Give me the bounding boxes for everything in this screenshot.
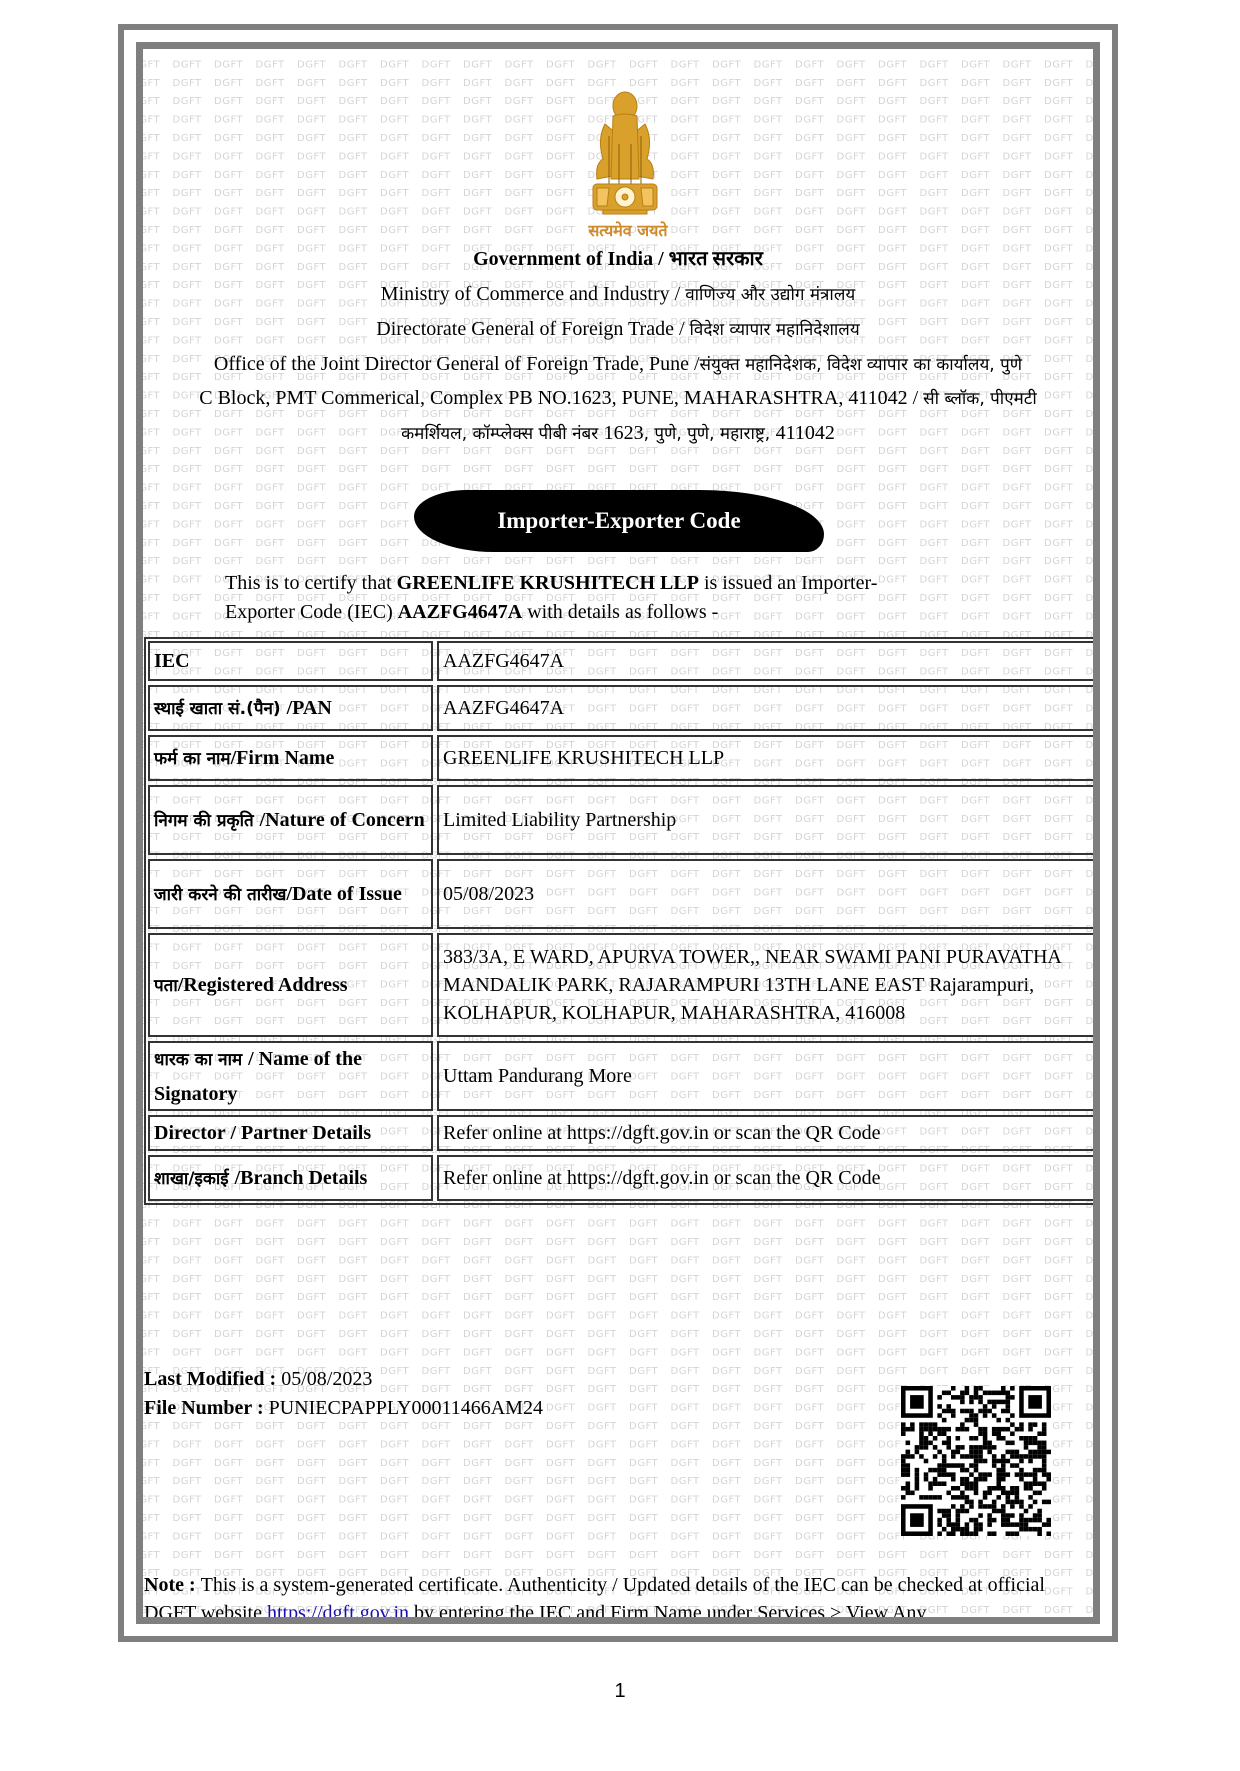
table-row: पता/Registered Address383/3A, E WARD, AP…: [148, 933, 1097, 1037]
header-office: Office of the Joint Director General of …: [143, 352, 1093, 376]
svg-text:DGFT: DGFT: [256, 1623, 286, 1624]
file-number: File Number : PUNIECPAPPLY00011466AM24: [144, 1394, 543, 1423]
svg-text:DGFT: DGFT: [795, 1623, 825, 1624]
document-title: Importer-Exporter Code: [414, 490, 824, 552]
dgft-website-link[interactable]: https://dgft.gov.in: [267, 1602, 409, 1624]
svg-text:DGFT: DGFT: [1003, 1623, 1033, 1624]
certificate-outer-frame: DGFTDGFTDGFTDGFTDGFTDGFTDGFTDGFTDGFTDGFT…: [118, 24, 1118, 1642]
header-address-hindi: कमर्शियल, कॉम्प्लेक्स पीबी नंबर 1623, पु…: [143, 421, 1093, 445]
detail-value: Uttam Pandurang More: [437, 1041, 1097, 1111]
detail-value: 383/3A, E WARD, APURVA TOWER,, NEAR SWAM…: [437, 933, 1097, 1037]
table-row: शाखा/इकाई /Branch DetailsRefer online at…: [148, 1155, 1097, 1201]
detail-label: निगम की प्रकृति /Nature of Concern: [148, 785, 433, 855]
detail-label: पता/Registered Address: [148, 933, 433, 1037]
svg-text:DGFT: DGFT: [136, 1623, 161, 1624]
table-row: स्थाई खाता सं.(पैन) /PANAAZFG4647A: [148, 685, 1097, 731]
table-row: फर्म का नाम/Firm NameGREENLIFE KRUSHITEC…: [148, 735, 1097, 781]
detail-label: फर्म का नाम/Firm Name: [148, 735, 433, 781]
detail-label: Director / Partner Details: [148, 1115, 433, 1151]
qr-code-icon[interactable]: [901, 1386, 1051, 1536]
table-row: धारक का नाम / Name of the SignatoryUttam…: [148, 1041, 1097, 1111]
detail-value: 05/08/2023: [437, 859, 1097, 929]
detail-value: Refer online at https://dgft.gov.in or s…: [437, 1155, 1097, 1201]
svg-text:DGFT: DGFT: [588, 1623, 618, 1624]
document-meta: Last Modified : 05/08/2023 File Number :…: [144, 1365, 543, 1423]
header-address: C Block, PMT Commerical, Complex PB NO.1…: [143, 386, 1093, 410]
svg-text:DGFT: DGFT: [297, 1623, 327, 1624]
header-government: Government of India / भारत सरकार: [143, 244, 1093, 271]
svg-text:DGFT: DGFT: [878, 1623, 908, 1624]
table-row: निगम की प्रकृति /Nature of ConcernLimite…: [148, 785, 1097, 855]
table-row: Director / Partner DetailsRefer online a…: [148, 1115, 1097, 1151]
table-row: IECAAZFG4647A: [148, 641, 1097, 681]
svg-text:DGFT: DGFT: [380, 1623, 410, 1624]
page-number: 1: [0, 1680, 1240, 1703]
svg-text:DGFT: DGFT: [961, 1623, 991, 1624]
detail-label: स्थाई खाता सं.(पैन) /PAN: [148, 685, 433, 731]
certificate-inner-frame: DGFTDGFTDGFTDGFTDGFTDGFTDGFTDGFTDGFTDGFT…: [136, 42, 1100, 1624]
detail-label: धारक का नाम / Name of the Signatory: [148, 1041, 433, 1111]
last-modified: Last Modified : 05/08/2023: [144, 1365, 543, 1394]
detail-value: Limited Liability Partnership: [437, 785, 1097, 855]
svg-text:DGFT: DGFT: [837, 1623, 867, 1624]
header-directorate: Directorate General of Foreign Trade / व…: [143, 317, 1093, 341]
note: Note : This is a system-generated certif…: [144, 1571, 1084, 1624]
firm-name: GREENLIFE KRUSHITECH LLP: [397, 572, 699, 594]
svg-text:DGFT: DGFT: [1044, 1623, 1074, 1624]
detail-value: GREENLIFE KRUSHITECH LLP: [437, 735, 1097, 781]
svg-text:DGFT: DGFT: [505, 1623, 535, 1624]
svg-text:DGFT: DGFT: [629, 1623, 659, 1624]
svg-text:DGFT: DGFT: [339, 1623, 369, 1624]
header-ministry: Ministry of Commerce and Industry / वाणि…: [143, 282, 1093, 306]
svg-text:DGFT: DGFT: [754, 1623, 784, 1624]
detail-value: AAZFG4647A: [437, 641, 1097, 681]
certification-statement: This is to certify that GREENLIFE KRUSHI…: [225, 569, 945, 627]
svg-text:DGFT: DGFT: [920, 1623, 950, 1624]
svg-text:DGFT: DGFT: [1086, 1623, 1101, 1624]
details-table: IECAAZFG4647Aस्थाई खाता सं.(पैन) /PANAAZ…: [144, 637, 1100, 1205]
svg-text:DGFT: DGFT: [173, 1623, 203, 1624]
iec-code: AAZFG4647A: [398, 601, 522, 623]
svg-text:DGFT: DGFT: [463, 1623, 493, 1624]
svg-text:DGFT: DGFT: [712, 1623, 742, 1624]
ashoka-emblem-icon: [575, 84, 675, 234]
svg-text:DGFT: DGFT: [546, 1623, 576, 1624]
emblem-motto: सत्यमेव जयते: [573, 219, 683, 241]
svg-text:DGFT: DGFT: [214, 1623, 244, 1624]
svg-text:DGFT: DGFT: [671, 1623, 701, 1624]
detail-value: AAZFG4647A: [437, 685, 1097, 731]
detail-label: शाखा/इकाई /Branch Details: [148, 1155, 433, 1201]
detail-label: जारी करने की तारीख/Date of Issue: [148, 859, 433, 929]
detail-label: IEC: [148, 641, 433, 681]
table-row: जारी करने की तारीख/Date of Issue05/08/20…: [148, 859, 1097, 929]
detail-value: Refer online at https://dgft.gov.in or s…: [437, 1115, 1097, 1151]
svg-text:DGFT: DGFT: [422, 1623, 452, 1624]
